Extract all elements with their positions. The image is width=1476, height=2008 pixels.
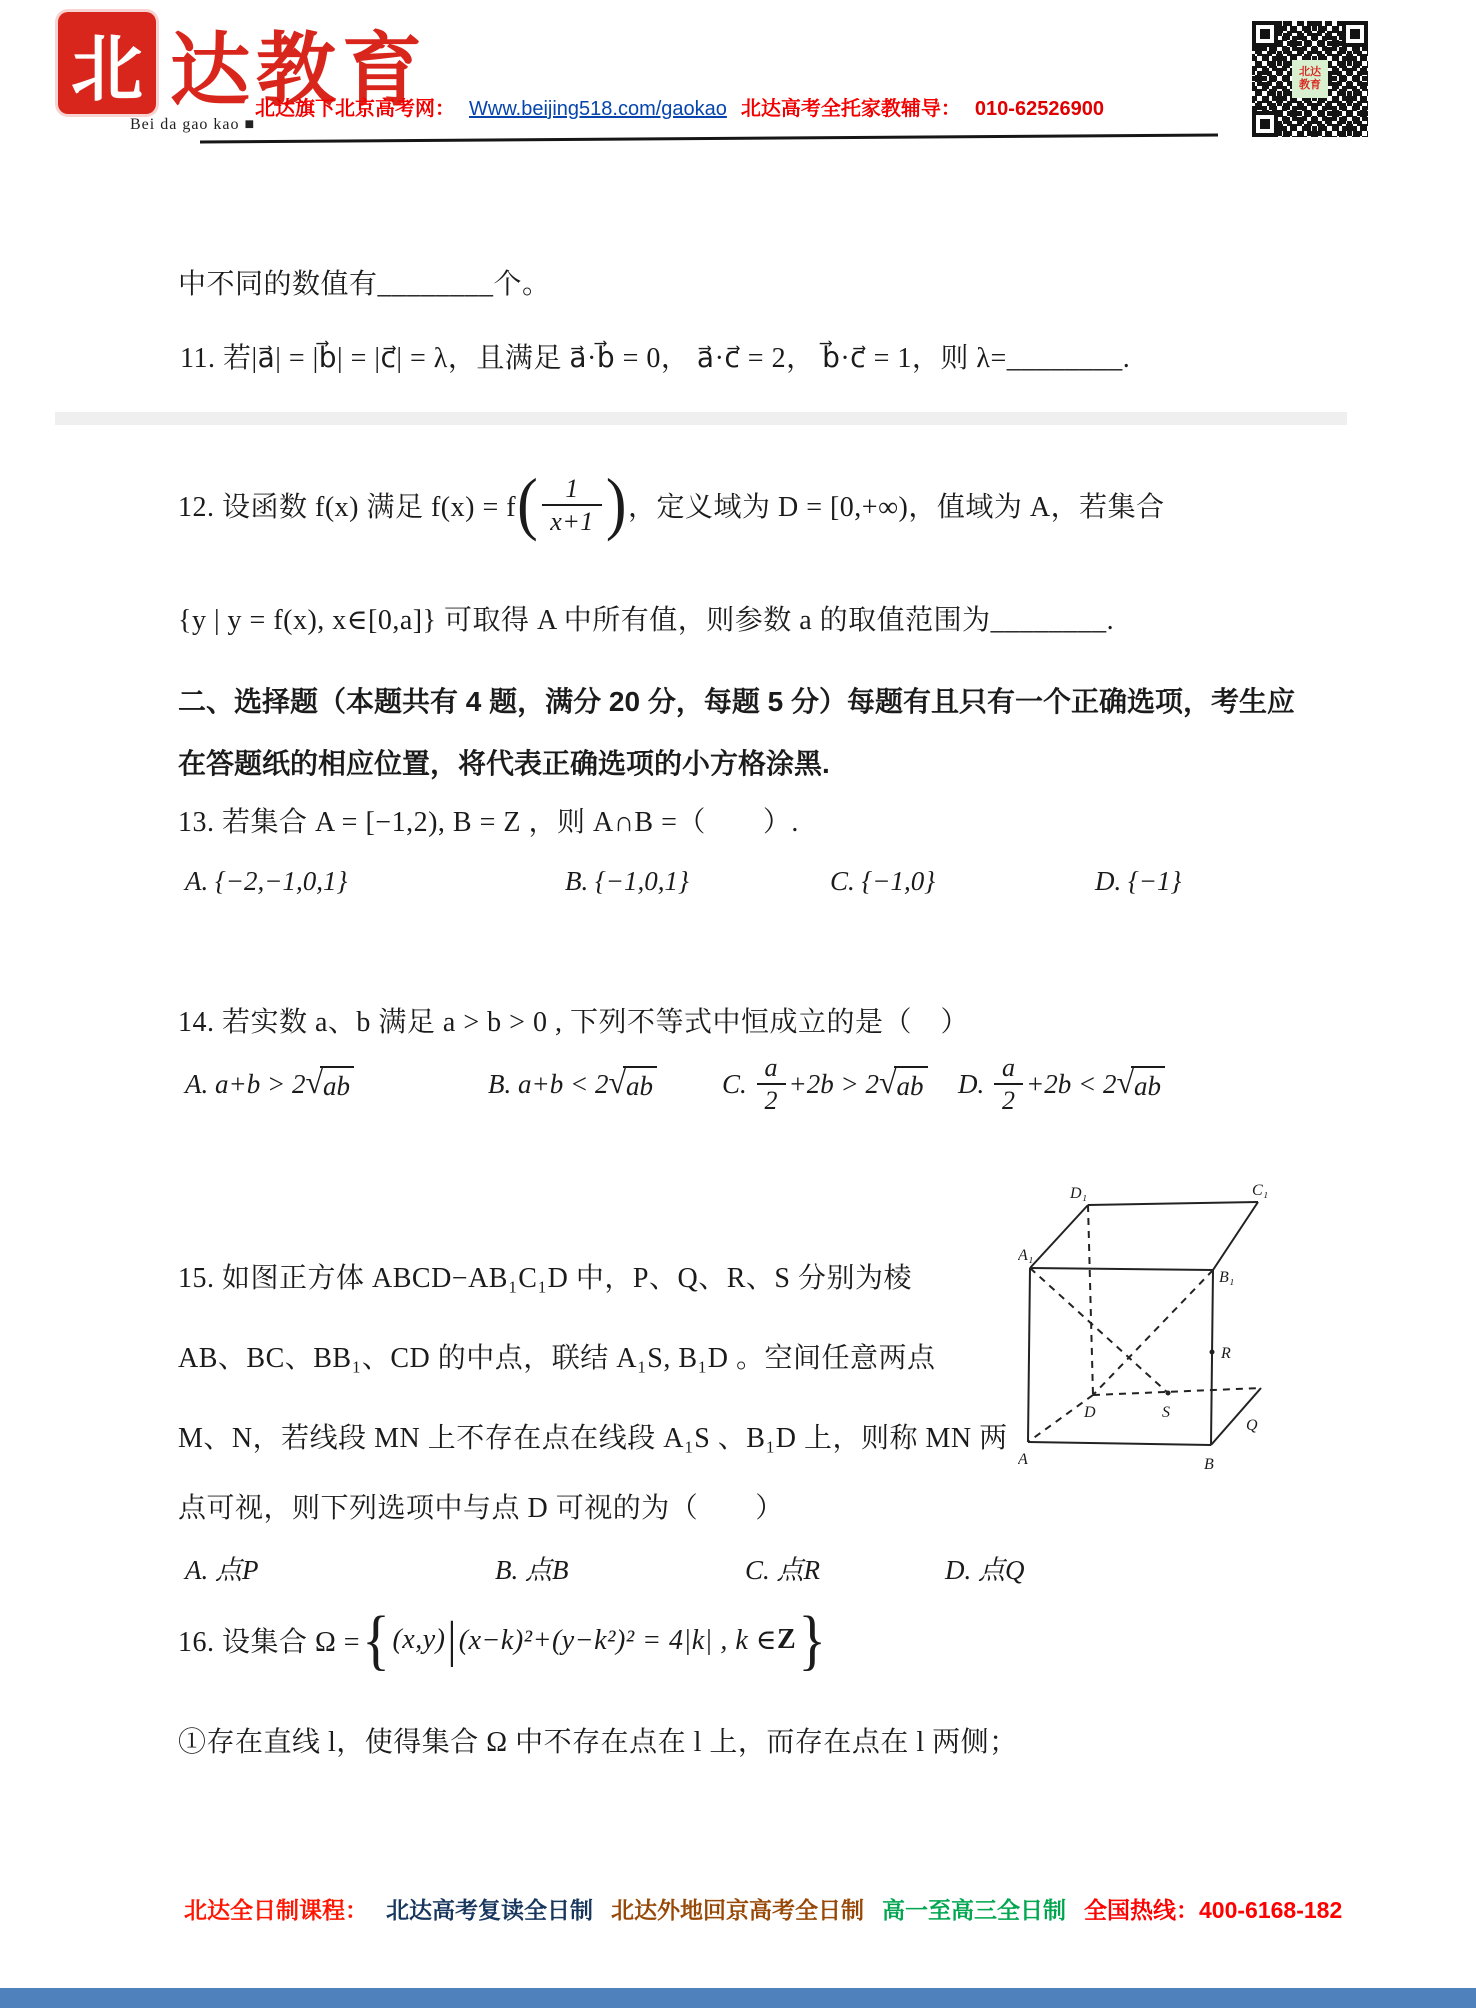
q14a-expression: a+b > 2 [215,1069,305,1100]
question-13: 13. 若集合 A = [−1,2), B = Z ，则 A∩B =（ ）. [178,800,799,840]
header-divider [200,133,1218,143]
exam-page: 北 达教育 Bei da gao kao ■ 北达旗下北京高考网： Www.be… [0,0,1476,2008]
vertex-label-r: R [1220,1345,1231,1362]
q14c-sqrt: √ab [879,1066,928,1102]
q12-open-paren: ( [517,474,538,536]
q14b-label: B. [488,1069,511,1100]
site-label: 北达旗下北京高考网： [255,92,455,121]
q14-option-a: A. a+b > 2 √ab [185,1048,354,1120]
q12-post: ，定义域为 D = [0,+∞)，值域为 A，若集合 [628,485,1165,525]
question-15-line1: 15. 如图正方体 ABCD−AB₁C₁D 中，P、Q、R、S 分别为棱 [178,1256,912,1296]
vertex-label-b1: B₁ [1219,1269,1234,1286]
q16-condition-bar: | [447,1617,456,1663]
q16-open-brace: { [362,1610,390,1670]
qr-badge-line2: 教育 [1299,79,1321,92]
q16-close-brace: } [798,1610,826,1670]
tutor-label: 北达高考全托家教辅导： [741,92,961,121]
q14a-sqrt: √ab [305,1066,354,1102]
vertex-label-d1: D₁ [1069,1185,1087,1202]
qr-center-badge: 北达 教育 [1292,60,1328,98]
q14d-fraction: a 2 [994,1052,1023,1116]
question10-continuation: 中不同的数值有________个。 [178,262,551,302]
footer-courses-label: 北达全日制课程： [184,1892,368,1925]
q12-frac-numerator: 1 [563,473,581,504]
q14c-fraction: a 2 [757,1052,786,1116]
footer-program-repeat: 北达高考复读全日制 [386,1892,593,1925]
footer-program-return: 北达外地回京高考全日制 [611,1892,864,1925]
q14b-expression: a+b < 2 [518,1069,608,1100]
section2-header-line1: 二、选择题（本题共有 4 题，满分 20 分，每题 5 分）每题有且只有一个正确… [178,680,1295,720]
question-16: 16. 设集合 Ω = { (x,y) | (x−k)²+(y−k²)² = 4… [178,1598,829,1682]
vertex-label-d: D [1083,1404,1096,1421]
q14-option-d: D. a 2 +2b < 2 √ab [958,1040,1165,1128]
question-12-line2: {y | y = f(x), x∈[0,a]} 可取得 A 中所有值，则参数 a… [178,598,1114,638]
q16-pre: 16. 设集合 Ω = [178,1620,360,1660]
vertex-label-c1: C₁ [1252,1182,1268,1199]
q16-set-tuple: (x,y) [392,1624,445,1656]
vertex-label-a1: A₁ [1018,1247,1033,1264]
qr-finder-icon [1342,21,1368,47]
seal-character: 北 [71,11,143,115]
question-15-line2: AB、BC、BB₁、CD 的中点，联结 A₁S, B₁D 。空间任意两点 [178,1336,935,1376]
q15-option-a: A. 点P [185,1548,259,1587]
q12-frac-denominator: x+1 [542,504,602,537]
q16-expression: (x−k)²+(y−k²)² = 4|k| , k ∈ [459,1623,777,1657]
footer-hotline: 全国热线：400-6168-182 [1084,1892,1342,1925]
q12-fraction: 1 x+1 [542,473,602,537]
footer-program-grades: 高一至高三全日制 [882,1892,1066,1925]
bottom-blue-bar [0,1988,1476,2008]
question-11: 11. 若|a⃗| = |b⃗| = |c⃗| = λ，且满足 a⃗·b⃗ = … [180,336,1130,376]
q14a-label: A. [185,1069,208,1100]
q15-option-d: D. 点Q [945,1548,1025,1587]
vertex-label-a: A [1018,1451,1028,1468]
q14b-sqrt: √ab [608,1066,657,1102]
q12-pre: 12. 设函数 f(x) 满足 f(x) = f [178,485,516,525]
question-16-statement-1: ①存在直线 l，使得集合 Ω 中不存在点在 l 上，而存在点在 l 两侧； [178,1720,1018,1760]
site-link[interactable]: Www.beijing518.com/gaokao [469,98,727,121]
q15-option-b: B. 点B [495,1548,569,1587]
question-15-line3: M、N，若线段 MN 上不存在点在线段 A₁S 、B₁D 上，则称 MN 两 [178,1416,1008,1456]
q14-option-c: C. a 2 +2b > 2 √ab [722,1040,928,1128]
brand-seal-logo: 北 [58,12,156,114]
qr-finder-icon [1252,111,1278,137]
vertex-label-s: S [1162,1404,1170,1421]
q14-option-b: B. a+b < 2 √ab [488,1048,657,1120]
q13-option-d: D. {−1} [1095,866,1181,897]
question-15-line4: 点可视，则下列选项中与点 D 可视的为（ ） [178,1486,784,1526]
q13-option-a: A. {−2,−1,0,1} [185,866,347,897]
q14d-expression: +2b < 2 [1026,1069,1116,1100]
qr-badge-line1: 北达 [1299,66,1321,79]
question-14: 14. 若实数 a、b 满足 a > b > 0 , 下列不等式中恒成立的是（ … [178,1000,969,1040]
q14d-label: D. [958,1069,984,1100]
vertex-label-b: B [1204,1456,1214,1473]
qr-finder-icon [1252,21,1278,47]
footer-programs-row: 北达全日制课程： 北达高考复读全日制 北达外地回京高考全日制 高一至高三全日制 … [184,1892,1342,1925]
q15-option-c: C. 点R [745,1548,820,1587]
section2-header-line2: 在答题纸的相应位置，将代表正确选项的小方格涂黑. [178,742,830,782]
qr-code: 北达 教育 [1245,14,1375,144]
cube-figure: D₁ C₁ A₁ B₁ R D S Q A B [1018,1180,1338,1510]
q13-option-b: B. {−1,0,1} [565,866,689,897]
phone-number: 010-62526900 [975,98,1104,121]
q13-option-c: C. {−1,0} [830,866,935,897]
q14c-label: C. [722,1069,747,1100]
header-contact-row: 北达旗下北京高考网： Www.beijing518.com/gaokao 北达高… [255,92,1104,121]
vertex-label-q: Q [1246,1417,1258,1434]
q16-integer-set: Z [777,1624,796,1656]
q12-close-paren: ) [606,474,627,536]
question-12-line1: 12. 设函数 f(x) 满足 f(x) = f ( 1 x+1 ) ，定义域为… [178,452,1165,558]
q14d-sqrt: √ab [1116,1066,1165,1102]
brand-romanized: Bei da gao kao ■ [130,116,255,134]
q14c-expression: +2b > 2 [789,1069,879,1100]
scan-artifact-band [55,412,1347,425]
